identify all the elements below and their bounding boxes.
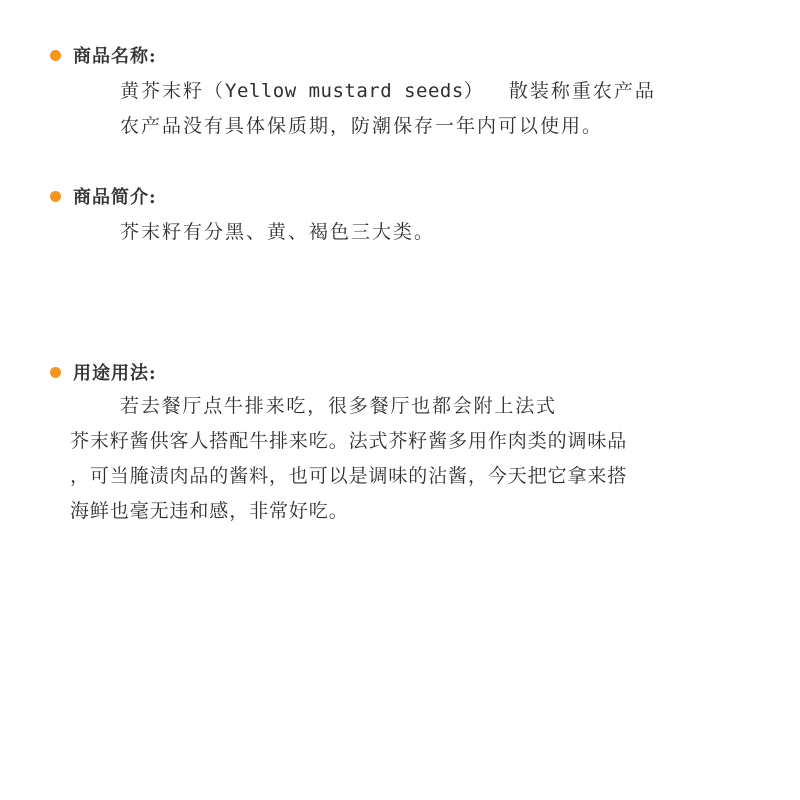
intro-text: 芥末籽有分黑、黄、褐色三大类。 — [120, 219, 435, 245]
product-name-cn-close: ） — [464, 80, 485, 102]
usage-text-line-4: 海鲜也毫无违和感，非常好吃。 — [70, 498, 349, 524]
section-heading-usage: 用途用法: — [50, 359, 157, 385]
bullet-dot-icon — [50, 367, 61, 378]
bullet-dot-icon — [50, 50, 61, 61]
usage-text-line-2: 芥末籽酱供客人搭配牛排来吃。法式芥籽酱多用作肉类的调味品 — [70, 428, 627, 454]
heading-label: 用途用法: — [73, 359, 157, 385]
section-heading-product-intro: 商品简介: — [50, 183, 157, 209]
bullet-dot-icon — [50, 191, 61, 202]
usage-text-line-1: 若去餐厅点牛排来吃，很多餐厅也都会附上法式 — [120, 393, 557, 419]
product-name-line: 黄芥末籽（Yellow mustard seeds）散装称重农产品 — [120, 78, 656, 104]
section-heading-product-name: 商品名称: — [50, 42, 157, 68]
product-name-cn: 黄芥末籽（ — [120, 80, 225, 102]
usage-text-line-3: ，可当腌渍肉品的酱料，也可以是调味的沾酱，今天把它拿来搭 — [70, 463, 627, 489]
shelf-life-text: 农产品没有具体保质期，防潮保存一年内可以使用。 — [120, 113, 603, 139]
product-type: 散装称重农产品 — [509, 80, 656, 102]
product-name-en: Yellow mustard seeds — [225, 80, 464, 102]
heading-label: 商品简介: — [73, 183, 157, 209]
heading-label: 商品名称: — [73, 42, 157, 68]
